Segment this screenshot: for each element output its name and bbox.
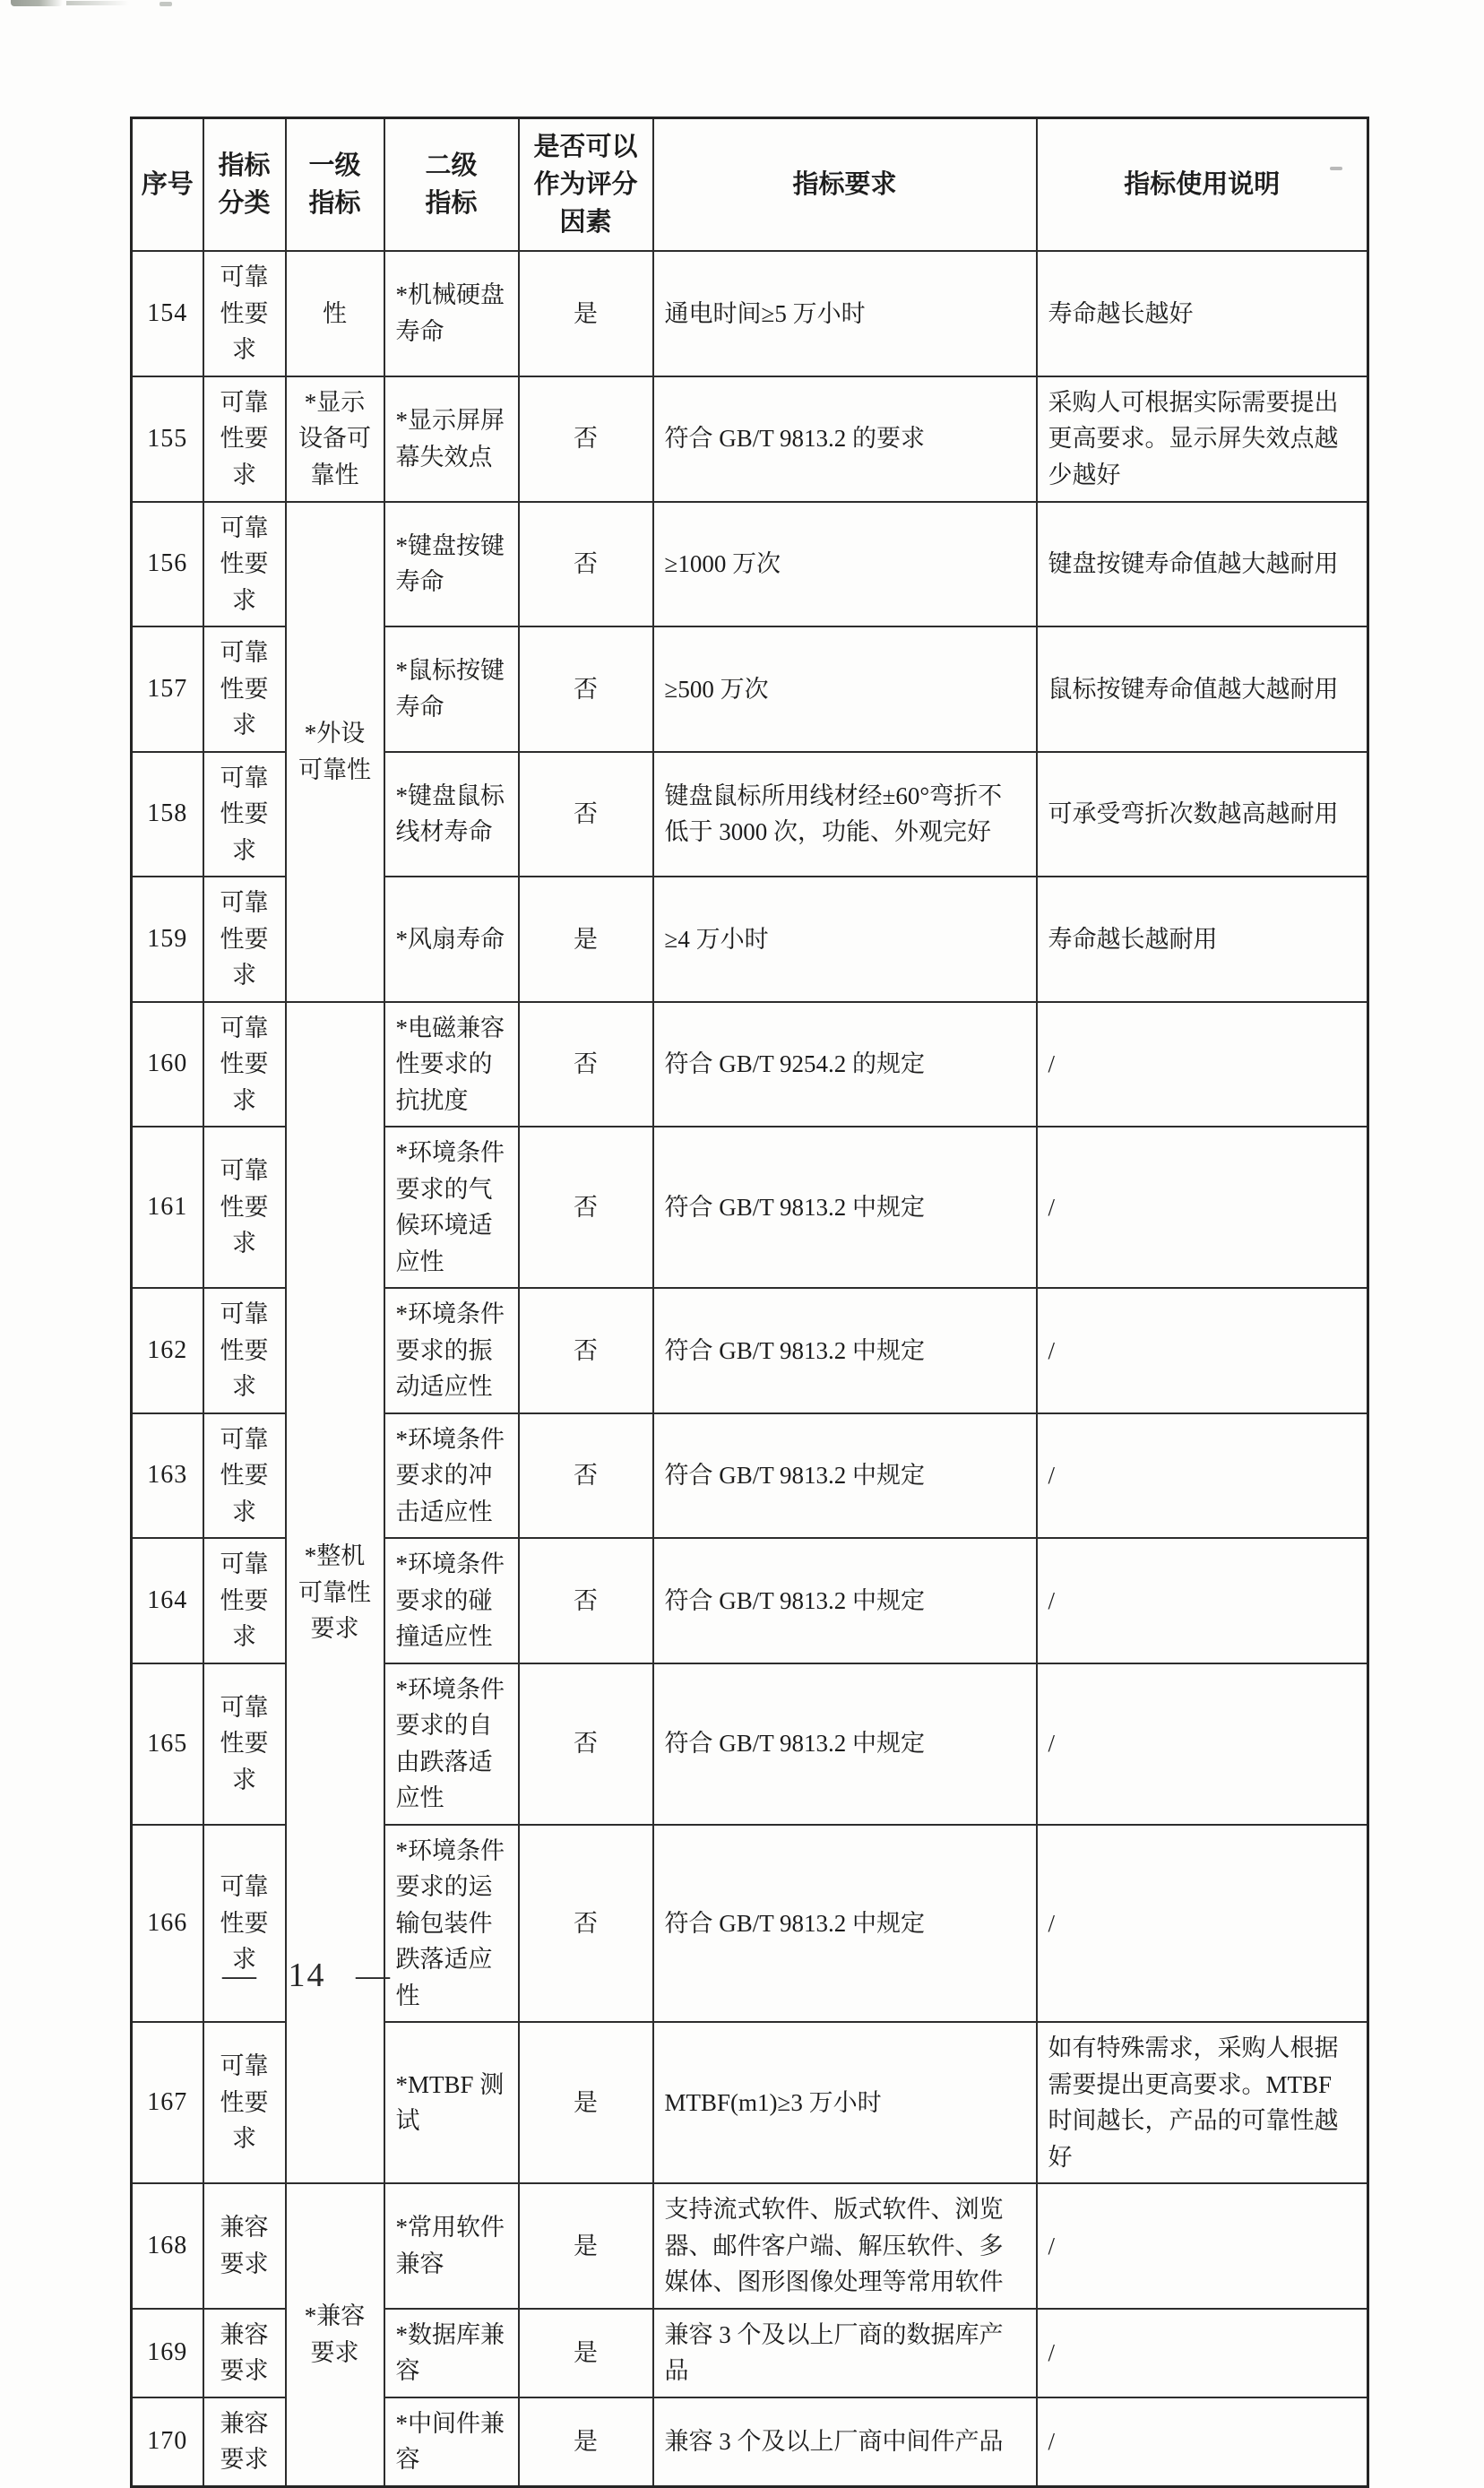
cell-note: / — [1037, 1663, 1368, 1825]
cell-scoring: 否 — [519, 1538, 653, 1663]
cell-level2: *电磁兼容性要求的抗扰度 — [384, 1002, 519, 1127]
cell-level2: *风扇寿命 — [384, 877, 519, 1002]
cell-note: / — [1037, 1127, 1368, 1288]
cell-no: 155 — [132, 376, 203, 502]
cell-scoring: 否 — [519, 1002, 653, 1127]
cell-no: 156 — [132, 502, 203, 627]
cell-no: 157 — [132, 626, 203, 752]
table-header-row: 序号 指标分类 一级指标 二级指标 是否可以作为评分因素 指标要求 指标使用说明 — [132, 118, 1368, 252]
scan-artifact — [160, 2, 172, 6]
cell-no: 170 — [132, 2397, 203, 2487]
header-category: 指标分类 — [203, 118, 286, 252]
cell-note: 键盘按键寿命值越大越耐用 — [1037, 502, 1368, 627]
cell-note: / — [1037, 1002, 1368, 1127]
cell-level2: *中间件兼容 — [384, 2397, 519, 2487]
cell-requirement: 符合 GB/T 9813.2 中规定 — [653, 1663, 1037, 1825]
cell-no: 168 — [132, 2183, 203, 2309]
header-note: 指标使用说明 — [1037, 118, 1368, 252]
cell-no: 169 — [132, 2309, 203, 2397]
header-level2: 二级指标 — [384, 118, 519, 252]
cell-category: 可靠性要求 — [203, 1538, 286, 1663]
cell-no: 163 — [132, 1413, 203, 1539]
cell-scoring: 是 — [519, 2022, 653, 2183]
cell-category: 可靠性要求 — [203, 1413, 286, 1539]
cell-category: 可靠性要求 — [203, 1002, 286, 1127]
cell-note: 寿命越长越耐用 — [1037, 877, 1368, 1002]
cell-no: 161 — [132, 1127, 203, 1288]
cell-note: 可承受弯折次数越高越耐用 — [1037, 752, 1368, 877]
cell-requirement: 符合 GB/T 9813.2 中规定 — [653, 1413, 1037, 1539]
table-row: 154 可靠性要求 性 *机械硬盘寿命 是 通电时间≥5 万小时 寿命越长越好 — [132, 251, 1368, 376]
header-requirement: 指标要求 — [653, 118, 1037, 252]
cell-category: 可靠性要求 — [203, 251, 286, 376]
cell-scoring: 否 — [519, 1288, 653, 1413]
cell-category: 兼容要求 — [203, 2183, 286, 2309]
header-level1: 一级指标 — [286, 118, 384, 252]
cell-requirement: ≥500 万次 — [653, 626, 1037, 752]
cell-category: 可靠性要求 — [203, 376, 286, 502]
cell-level2: *环境条件要求的自由跌落适应性 — [384, 1663, 519, 1825]
table-row: 160 可靠性要求 *整机可靠性要求 *电磁兼容性要求的抗扰度 否 符合 GB/… — [132, 1002, 1368, 1127]
cell-scoring: 否 — [519, 376, 653, 502]
cell-note: / — [1037, 1413, 1368, 1539]
header-no: 序号 — [132, 118, 203, 252]
cell-note: / — [1037, 2183, 1368, 2309]
cell-scoring: 是 — [519, 251, 653, 376]
cell-scoring: 是 — [519, 877, 653, 1002]
cell-scoring: 否 — [519, 1127, 653, 1288]
cell-level1: *整机可靠性要求 — [286, 1002, 384, 2184]
cell-scoring: 是 — [519, 2183, 653, 2309]
cell-level2: *环境条件要求的振动适应性 — [384, 1288, 519, 1413]
cell-level2: *鼠标按键寿命 — [384, 626, 519, 752]
cell-requirement: 兼容 3 个及以上厂商中间件产品 — [653, 2397, 1037, 2487]
cell-category: 兼容要求 — [203, 2397, 286, 2487]
cell-category: 可靠性要求 — [203, 626, 286, 752]
cell-level1: *外设可靠性 — [286, 502, 384, 1002]
cell-level1: 性 — [286, 251, 384, 376]
cell-requirement: 符合 GB/T 9813.2 中规定 — [653, 1825, 1037, 2023]
cell-no: 165 — [132, 1663, 203, 1825]
cell-note: 寿命越长越好 — [1037, 251, 1368, 376]
cell-requirement: 符合 GB/T 9254.2 的规定 — [653, 1002, 1037, 1127]
table-row: 155 可靠性要求 *显示设备可靠性 *显示屏屏幕失效点 否 符合 GB/T 9… — [132, 376, 1368, 502]
cell-level2: *环境条件要求的运输包装件跌落适应性 — [384, 1825, 519, 2023]
cell-note: 采购人可根据实际需要提出更高要求。显示屏失效点越少越好 — [1037, 376, 1368, 502]
cell-level2: *显示屏屏幕失效点 — [384, 376, 519, 502]
cell-requirement: 符合 GB/T 9813.2 中规定 — [653, 1288, 1037, 1413]
scan-artifact — [11, 0, 63, 6]
cell-note: / — [1037, 2397, 1368, 2487]
cell-category: 可靠性要求 — [203, 752, 286, 877]
cell-level2: *键盘鼠标线材寿命 — [384, 752, 519, 877]
table-row: 156 可靠性要求 *外设可靠性 *键盘按键寿命 否 ≥1000 万次 键盘按键… — [132, 502, 1368, 627]
cell-category: 可靠性要求 — [203, 1127, 286, 1288]
cell-requirement: ≥1000 万次 — [653, 502, 1037, 627]
spec-table: 序号 指标分类 一级指标 二级指标 是否可以作为评分因素 指标要求 指标使用说明… — [130, 117, 1369, 2488]
cell-no: 164 — [132, 1538, 203, 1663]
cell-level2: *环境条件要求的碰撞适应性 — [384, 1538, 519, 1663]
cell-scoring: 否 — [519, 502, 653, 627]
cell-level2: *键盘按键寿命 — [384, 502, 519, 627]
cell-note: 鼠标按键寿命值越大越耐用 — [1037, 626, 1368, 752]
cell-no: 158 — [132, 752, 203, 877]
cell-level2: *机械硬盘寿命 — [384, 251, 519, 376]
cell-no: 159 — [132, 877, 203, 1002]
cell-scoring: 否 — [519, 752, 653, 877]
cell-category: 可靠性要求 — [203, 877, 286, 1002]
cell-note: / — [1037, 1288, 1368, 1413]
cell-category: 可靠性要求 — [203, 502, 286, 627]
cell-note: / — [1037, 2309, 1368, 2397]
cell-requirement: MTBF(m1)≥3 万小时 — [653, 2022, 1037, 2183]
cell-category: 可靠性要求 — [203, 1663, 286, 1825]
cell-scoring: 否 — [519, 626, 653, 752]
cell-note: 如有特殊需求，采购人根据需要提出更高要求。MTBF 时间越长，产品的可靠性越好 — [1037, 2022, 1368, 2183]
cell-scoring: 是 — [519, 2397, 653, 2487]
page-number: — 14 — — [222, 1956, 392, 1995]
cell-level2: *MTBF 测试 — [384, 2022, 519, 2183]
cell-scoring: 是 — [519, 2309, 653, 2397]
cell-requirement: 符合 GB/T 9813.2 中规定 — [653, 1127, 1037, 1288]
cell-level1: *显示设备可靠性 — [286, 376, 384, 502]
cell-category: 可靠性要求 — [203, 2022, 286, 2183]
cell-level2: *数据库兼容 — [384, 2309, 519, 2397]
cell-no: 166 — [132, 1825, 203, 2023]
header-scoring: 是否可以作为评分因素 — [519, 118, 653, 252]
cell-requirement: 键盘鼠标所用线材经±60°弯折不低于 3000 次，功能、外观完好 — [653, 752, 1037, 877]
cell-requirement: 通电时间≥5 万小时 — [653, 251, 1037, 376]
cell-level2: *常用软件兼容 — [384, 2183, 519, 2309]
cell-no: 167 — [132, 2022, 203, 2183]
cell-note: / — [1037, 1538, 1368, 1663]
cell-level2: *环境条件要求的冲击适应性 — [384, 1413, 519, 1539]
scan-artifact — [66, 1, 129, 5]
cell-note: / — [1037, 1825, 1368, 2023]
cell-level2: *环境条件要求的气候环境适应性 — [384, 1127, 519, 1288]
cell-category: 兼容要求 — [203, 2309, 286, 2397]
cell-scoring: 否 — [519, 1413, 653, 1539]
cell-requirement: ≥4 万小时 — [653, 877, 1037, 1002]
cell-requirement: 兼容 3 个及以上厂商的数据库产品 — [653, 2309, 1037, 2397]
cell-no: 154 — [132, 251, 203, 376]
cell-no: 162 — [132, 1288, 203, 1413]
cell-requirement: 符合 GB/T 9813.2 中规定 — [653, 1538, 1037, 1663]
cell-scoring: 否 — [519, 1825, 653, 2023]
cell-requirement: 符合 GB/T 9813.2 的要求 — [653, 376, 1037, 502]
table-row: 168 兼容要求 *兼容要求 *常用软件兼容 是 支持流式软件、版式软件、浏览器… — [132, 2183, 1368, 2309]
cell-requirement: 支持流式软件、版式软件、浏览器、邮件客户端、解压软件、多媒体、图形图像处理等常用… — [653, 2183, 1037, 2309]
cell-category: 可靠性要求 — [203, 1288, 286, 1413]
cell-level1: *兼容要求 — [286, 2183, 384, 2486]
cell-scoring: 否 — [519, 1663, 653, 1825]
cell-no: 160 — [132, 1002, 203, 1127]
